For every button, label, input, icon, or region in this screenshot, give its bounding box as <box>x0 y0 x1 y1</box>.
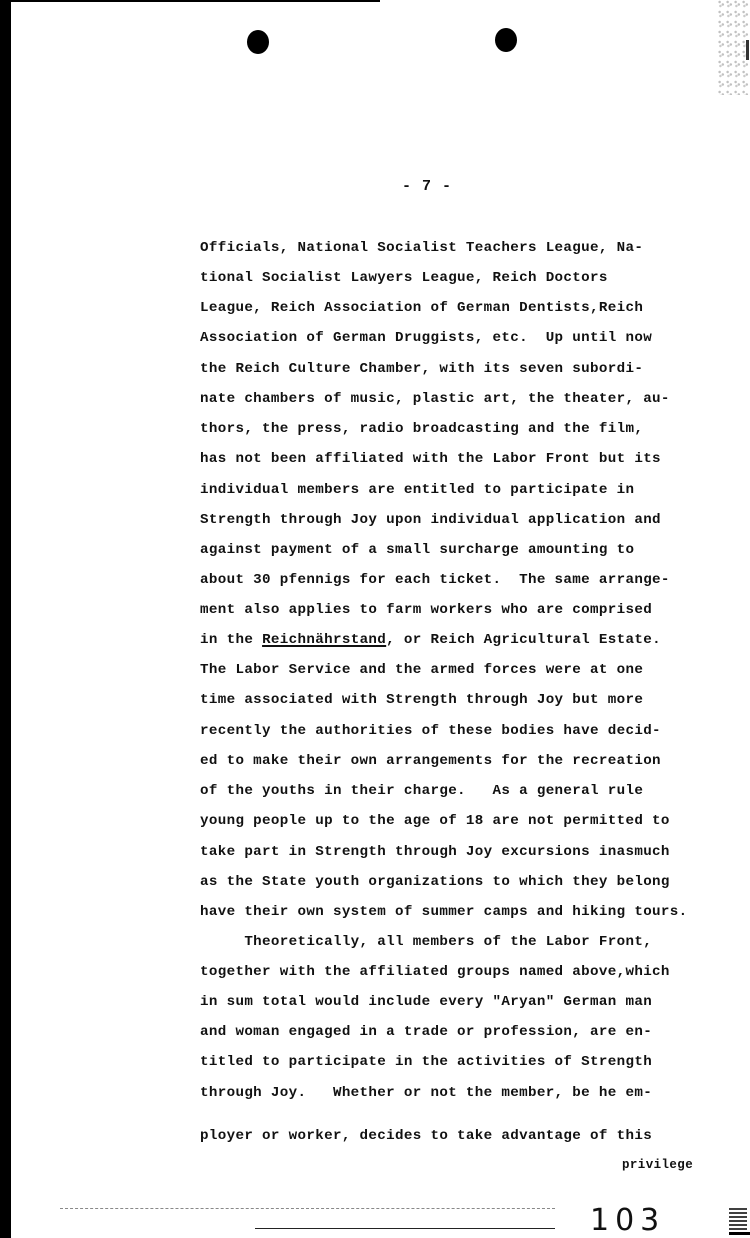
text-line: ployer or worker, decides to take advant… <box>200 1125 652 1147</box>
text-line: and woman engaged in a trade or professi… <box>200 1021 652 1043</box>
corner-stamp-bar <box>729 1232 750 1235</box>
text-line: of the youths in their charge. As a gene… <box>200 780 643 802</box>
text-line: through Joy. Whether or not the member, … <box>200 1082 652 1104</box>
text-line: take part in Strength through Joy excurs… <box>200 841 670 863</box>
text-line: Officials, National Socialist Teachers L… <box>200 237 643 259</box>
text-line: The Labor Service and the armed forces w… <box>200 659 643 681</box>
text-segment: , or Reich Agricultural Estate. <box>386 632 661 648</box>
text-line: tional Socialist Lawyers League, Reich D… <box>200 267 608 289</box>
text-line: League, Reich Association of German Dent… <box>200 297 643 319</box>
scan-edge-mark <box>746 40 749 60</box>
punch-hole-right <box>495 28 517 52</box>
text-line: recently the authorities of these bodies… <box>200 720 661 742</box>
text-line: as the State youth organizations to whic… <box>200 871 670 893</box>
text-line: individual members are entitled to parti… <box>200 479 634 501</box>
text-line: ed to make their own arrangements for th… <box>200 750 661 772</box>
text-line: have their own system of summer camps an… <box>200 901 688 923</box>
text-line: in sum total would include every "Aryan"… <box>200 991 652 1013</box>
handwritten-folio-number: 103 <box>590 1204 665 1238</box>
text-line: against payment of a small surcharge amo… <box>200 539 634 561</box>
text-segment: in the <box>200 632 262 648</box>
catchword: privilege <box>622 1158 693 1172</box>
scan-left-border <box>0 0 11 1238</box>
text-line: together with the affiliated groups name… <box>200 961 670 983</box>
corner-stamp-mark <box>729 1206 747 1234</box>
scan-top-border <box>0 0 380 2</box>
text-line: Strength through Joy upon individual app… <box>200 509 661 531</box>
text-line: nate chambers of music, plastic art, the… <box>200 388 670 410</box>
text-line: titled to participate in the activities … <box>200 1051 652 1073</box>
text-line: time associated with Strength through Jo… <box>200 689 643 711</box>
punch-hole-left <box>247 30 269 54</box>
footer-rule <box>255 1228 555 1229</box>
text-line-with-underline: in the Reichnährstand, or Reich Agricult… <box>200 629 661 651</box>
page-number: - 7 - <box>402 178 452 195</box>
text-line: about 30 pfennigs for each ticket. The s… <box>200 569 670 591</box>
text-line: young people up to the age of 18 are not… <box>200 810 670 832</box>
text-line: the Reich Culture Chamber, with its seve… <box>200 358 643 380</box>
text-line: Association of German Druggists, etc. Up… <box>200 327 652 349</box>
text-line: thors, the press, radio broadcasting and… <box>200 418 643 440</box>
underlined-term: Reichnährstand <box>262 632 386 648</box>
text-line: ment also applies to farm workers who ar… <box>200 599 652 621</box>
text-line-paragraph-start: Theoretically, all members of the Labor … <box>200 931 652 953</box>
text-line: has not been affiliated with the Labor F… <box>200 448 661 470</box>
footer-dotted-rule <box>60 1208 555 1209</box>
